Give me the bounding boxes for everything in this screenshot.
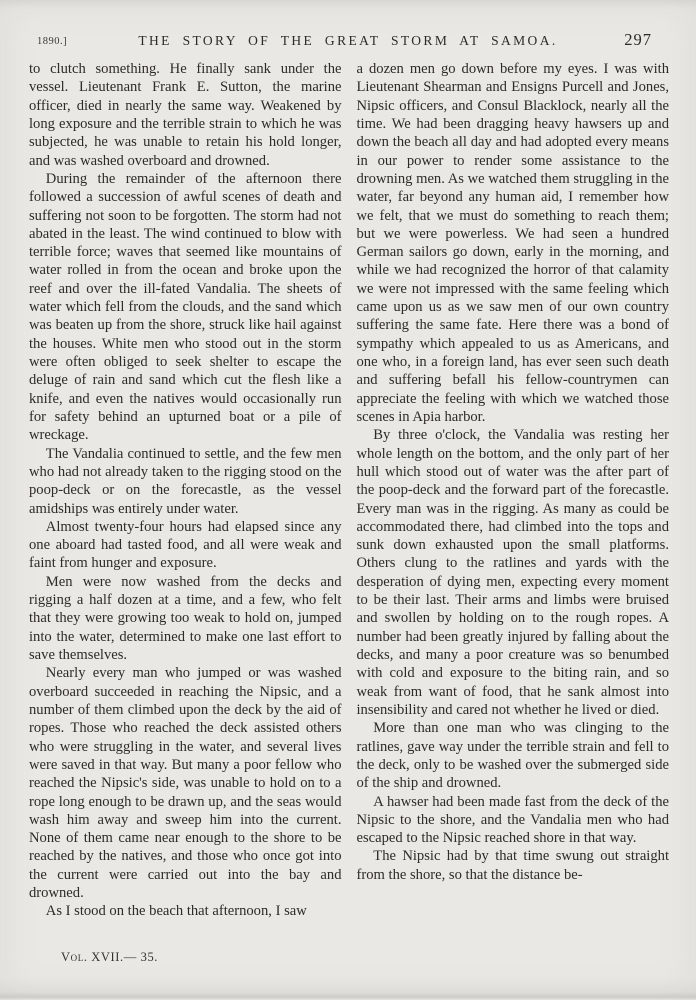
left-column: to clutch something. He finally sank und… xyxy=(29,60,342,921)
paragraph: Almost twenty-four hours had elapsed sin… xyxy=(29,518,342,573)
scanned-page: 1890.] THE STORY OF THE GREAT STORM AT S… xyxy=(0,0,696,1000)
paragraph: Nearly every man who jumped or was washe… xyxy=(29,664,342,902)
paragraph: More than one man who was clinging to th… xyxy=(357,719,670,792)
paragraph: to clutch something. He finally sank und… xyxy=(29,60,342,170)
paragraph: Men were now washed from the decks and r… xyxy=(29,573,342,665)
page-number: 297 xyxy=(624,30,652,50)
paragraph: a dozen men go down before my eyes. I wa… xyxy=(357,60,670,426)
paragraph: During the remainder of the afternoon th… xyxy=(29,170,342,445)
running-title: THE STORY OF THE GREAT STORM AT SAMOA. xyxy=(0,33,696,49)
paragraph: The Vandalia continued to settle, and th… xyxy=(29,445,342,518)
volume-footnote: Vol. XVII.— 35. xyxy=(61,950,158,965)
text-columns: to clutch something. He finally sank und… xyxy=(29,60,669,921)
paragraph: By three o'clock, the Vandalia was resti… xyxy=(357,426,670,719)
paragraph: As I stood on the beach that afternoon, … xyxy=(29,902,342,920)
page-header: 1890.] THE STORY OF THE GREAT STORM AT S… xyxy=(0,30,696,54)
right-column: a dozen men go down before my eyes. I wa… xyxy=(357,60,670,921)
paragraph: The Nipsic had by that time swung out st… xyxy=(357,847,670,884)
paragraph: A hawser had been made fast from the dec… xyxy=(357,793,670,848)
